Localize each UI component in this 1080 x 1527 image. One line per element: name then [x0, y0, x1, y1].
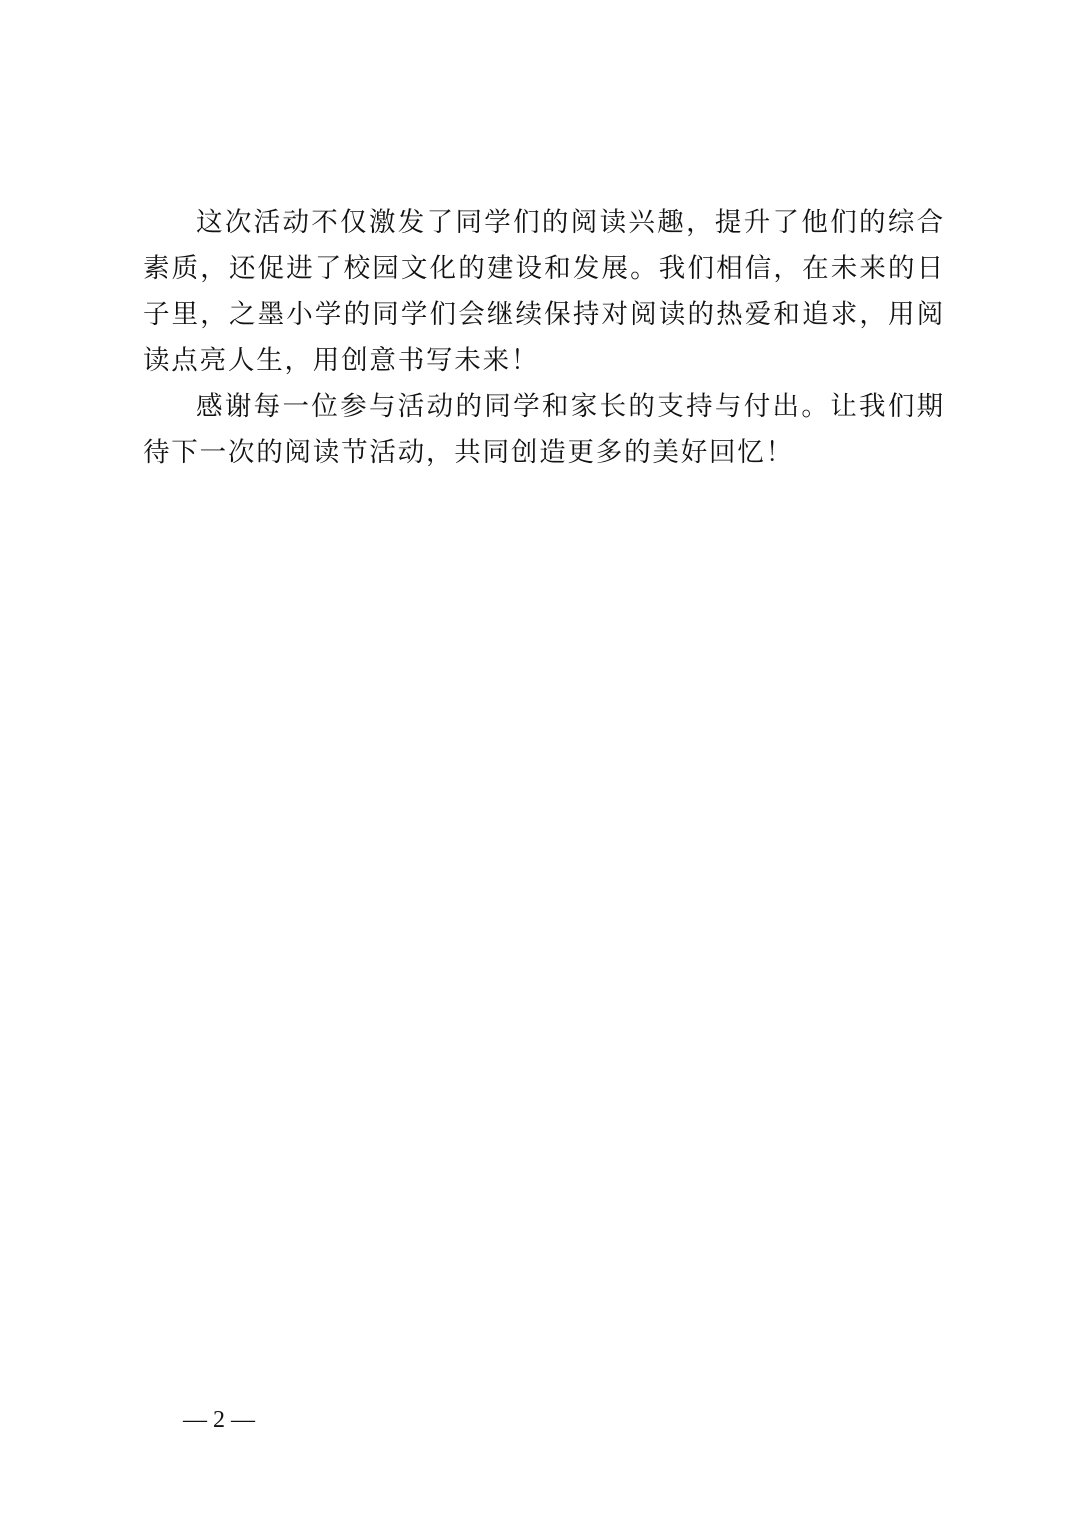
document-page: 这次活动不仅激发了同学们的阅读兴趣，提升了他们的综合素质，还促进了校园文化的建设…: [0, 0, 1080, 1527]
paragraph-closing-summary: 这次活动不仅激发了同学们的阅读兴趣，提升了他们的综合素质，还促进了校园文化的建设…: [143, 200, 945, 384]
document-body: 这次活动不仅激发了同学们的阅读兴趣，提升了他们的综合素质，还促进了校园文化的建设…: [143, 200, 945, 476]
paragraph-thanks: 感谢每一位参与活动的同学和家长的支持与付出。让我们期待下一次的阅读节活动，共同创…: [143, 384, 945, 476]
page-number: — 2 —: [183, 1402, 255, 1438]
